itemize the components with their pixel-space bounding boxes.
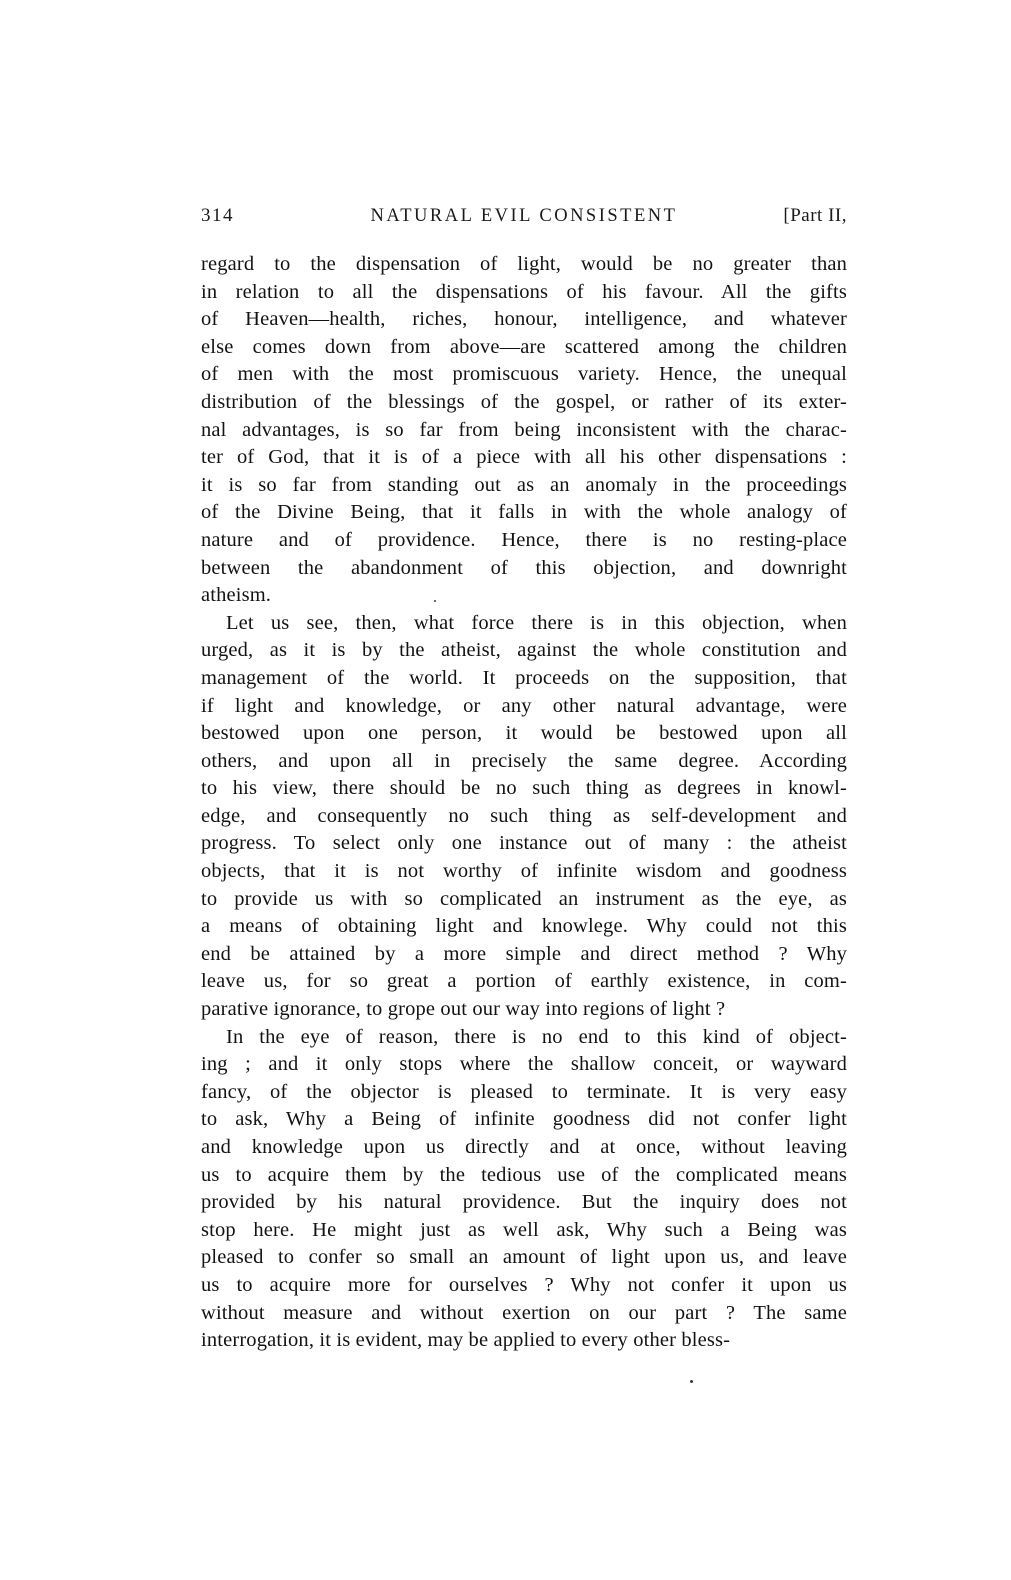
text-line: distribution of the blessings of the gos… bbox=[201, 389, 847, 417]
text-line: others, and upon all in precisely the sa… bbox=[201, 748, 847, 776]
text-line: a means of obtaining light and knowlege.… bbox=[201, 913, 847, 941]
paragraph: regard to the dispensation of light, wou… bbox=[201, 251, 847, 610]
text-line: nal advantages, is so far from being inc… bbox=[201, 417, 847, 445]
text-line: us to acquire more for ourselves ? Why n… bbox=[201, 1272, 847, 1300]
text-line: to ask, Why a Being of infinite goodness… bbox=[201, 1106, 847, 1134]
text-block: regard to the dispensation of light, wou… bbox=[201, 251, 847, 1355]
part-label: [Part II, bbox=[717, 205, 847, 227]
text-line: ing ; and it only stops where the shallo… bbox=[201, 1051, 847, 1079]
paragraph: Let us see, then, what force there is in… bbox=[201, 610, 847, 1024]
scan-speck bbox=[690, 1380, 693, 1383]
page-number: 314 bbox=[201, 205, 331, 227]
text-line: and knowledge upon us directly and at on… bbox=[201, 1134, 847, 1162]
text-line: us to acquire them by the tedious use of… bbox=[201, 1162, 847, 1190]
text-line: provided by his natural providence. But … bbox=[201, 1189, 847, 1217]
text-line: fancy, of the objector is pleased to ter… bbox=[201, 1079, 847, 1107]
text-line: pleased to confer so small an amount of … bbox=[201, 1244, 847, 1272]
text-line: in relation to all the dispensations of … bbox=[201, 279, 847, 307]
text-line: nature and of providence. Hence, there i… bbox=[201, 527, 847, 555]
text-line: bestowed upon one person, it would be be… bbox=[201, 720, 847, 748]
running-title: NATURAL EVIL CONSISTENT bbox=[331, 206, 717, 227]
text-line: of the Divine Being, that it falls in wi… bbox=[201, 499, 847, 527]
text-line: progress. To select only one instance ou… bbox=[201, 830, 847, 858]
text-line: regard to the dispensation of light, wou… bbox=[201, 251, 847, 279]
text-line: interrogation, it is evident, may be app… bbox=[201, 1327, 847, 1355]
paragraph: In the eye of reason, there is no end to… bbox=[201, 1024, 847, 1355]
text-line: management of the world. It proceeds on … bbox=[201, 665, 847, 693]
text-line: else comes down from above—are scattered… bbox=[201, 334, 847, 362]
text-line: it is so far from standing out as an ano… bbox=[201, 472, 847, 500]
text-line: leave us, for so great a portion of eart… bbox=[201, 968, 847, 996]
text-line: objects, that it is not worthy of infini… bbox=[201, 858, 847, 886]
book-page: 314 NATURAL EVIL CONSISTENT [Part II, re… bbox=[0, 0, 1011, 1580]
text-line: In the eye of reason, there is no end to… bbox=[201, 1024, 847, 1052]
text-line: ter of God, that it is of a piece with a… bbox=[201, 444, 847, 472]
text-line: atheism. bbox=[201, 582, 847, 610]
scan-speck bbox=[434, 600, 436, 602]
text-line: end be attained by a more simple and dir… bbox=[201, 941, 847, 969]
text-line: of men with the most promiscuous variety… bbox=[201, 361, 847, 389]
text-line: of Heaven—health, riches, honour, intell… bbox=[201, 306, 847, 334]
text-line: to his view, there should be no such thi… bbox=[201, 775, 847, 803]
text-line: edge, and consequently no such thing as … bbox=[201, 803, 847, 831]
text-line: to provide us with so complicated an ins… bbox=[201, 886, 847, 914]
text-line: between the abandonment of this objectio… bbox=[201, 555, 847, 583]
text-line: parative ignorance, to grope out our way… bbox=[201, 996, 847, 1024]
text-line: urged, as it is by the atheist, against … bbox=[201, 637, 847, 665]
text-line: Let us see, then, what force there is in… bbox=[201, 610, 847, 638]
text-line: without measure and without exertion on … bbox=[201, 1300, 847, 1328]
text-line: if light and knowledge, or any other nat… bbox=[201, 693, 847, 721]
text-line: stop here. He might just as well ask, Wh… bbox=[201, 1217, 847, 1245]
page-header: 314 NATURAL EVIL CONSISTENT [Part II, bbox=[201, 205, 847, 227]
